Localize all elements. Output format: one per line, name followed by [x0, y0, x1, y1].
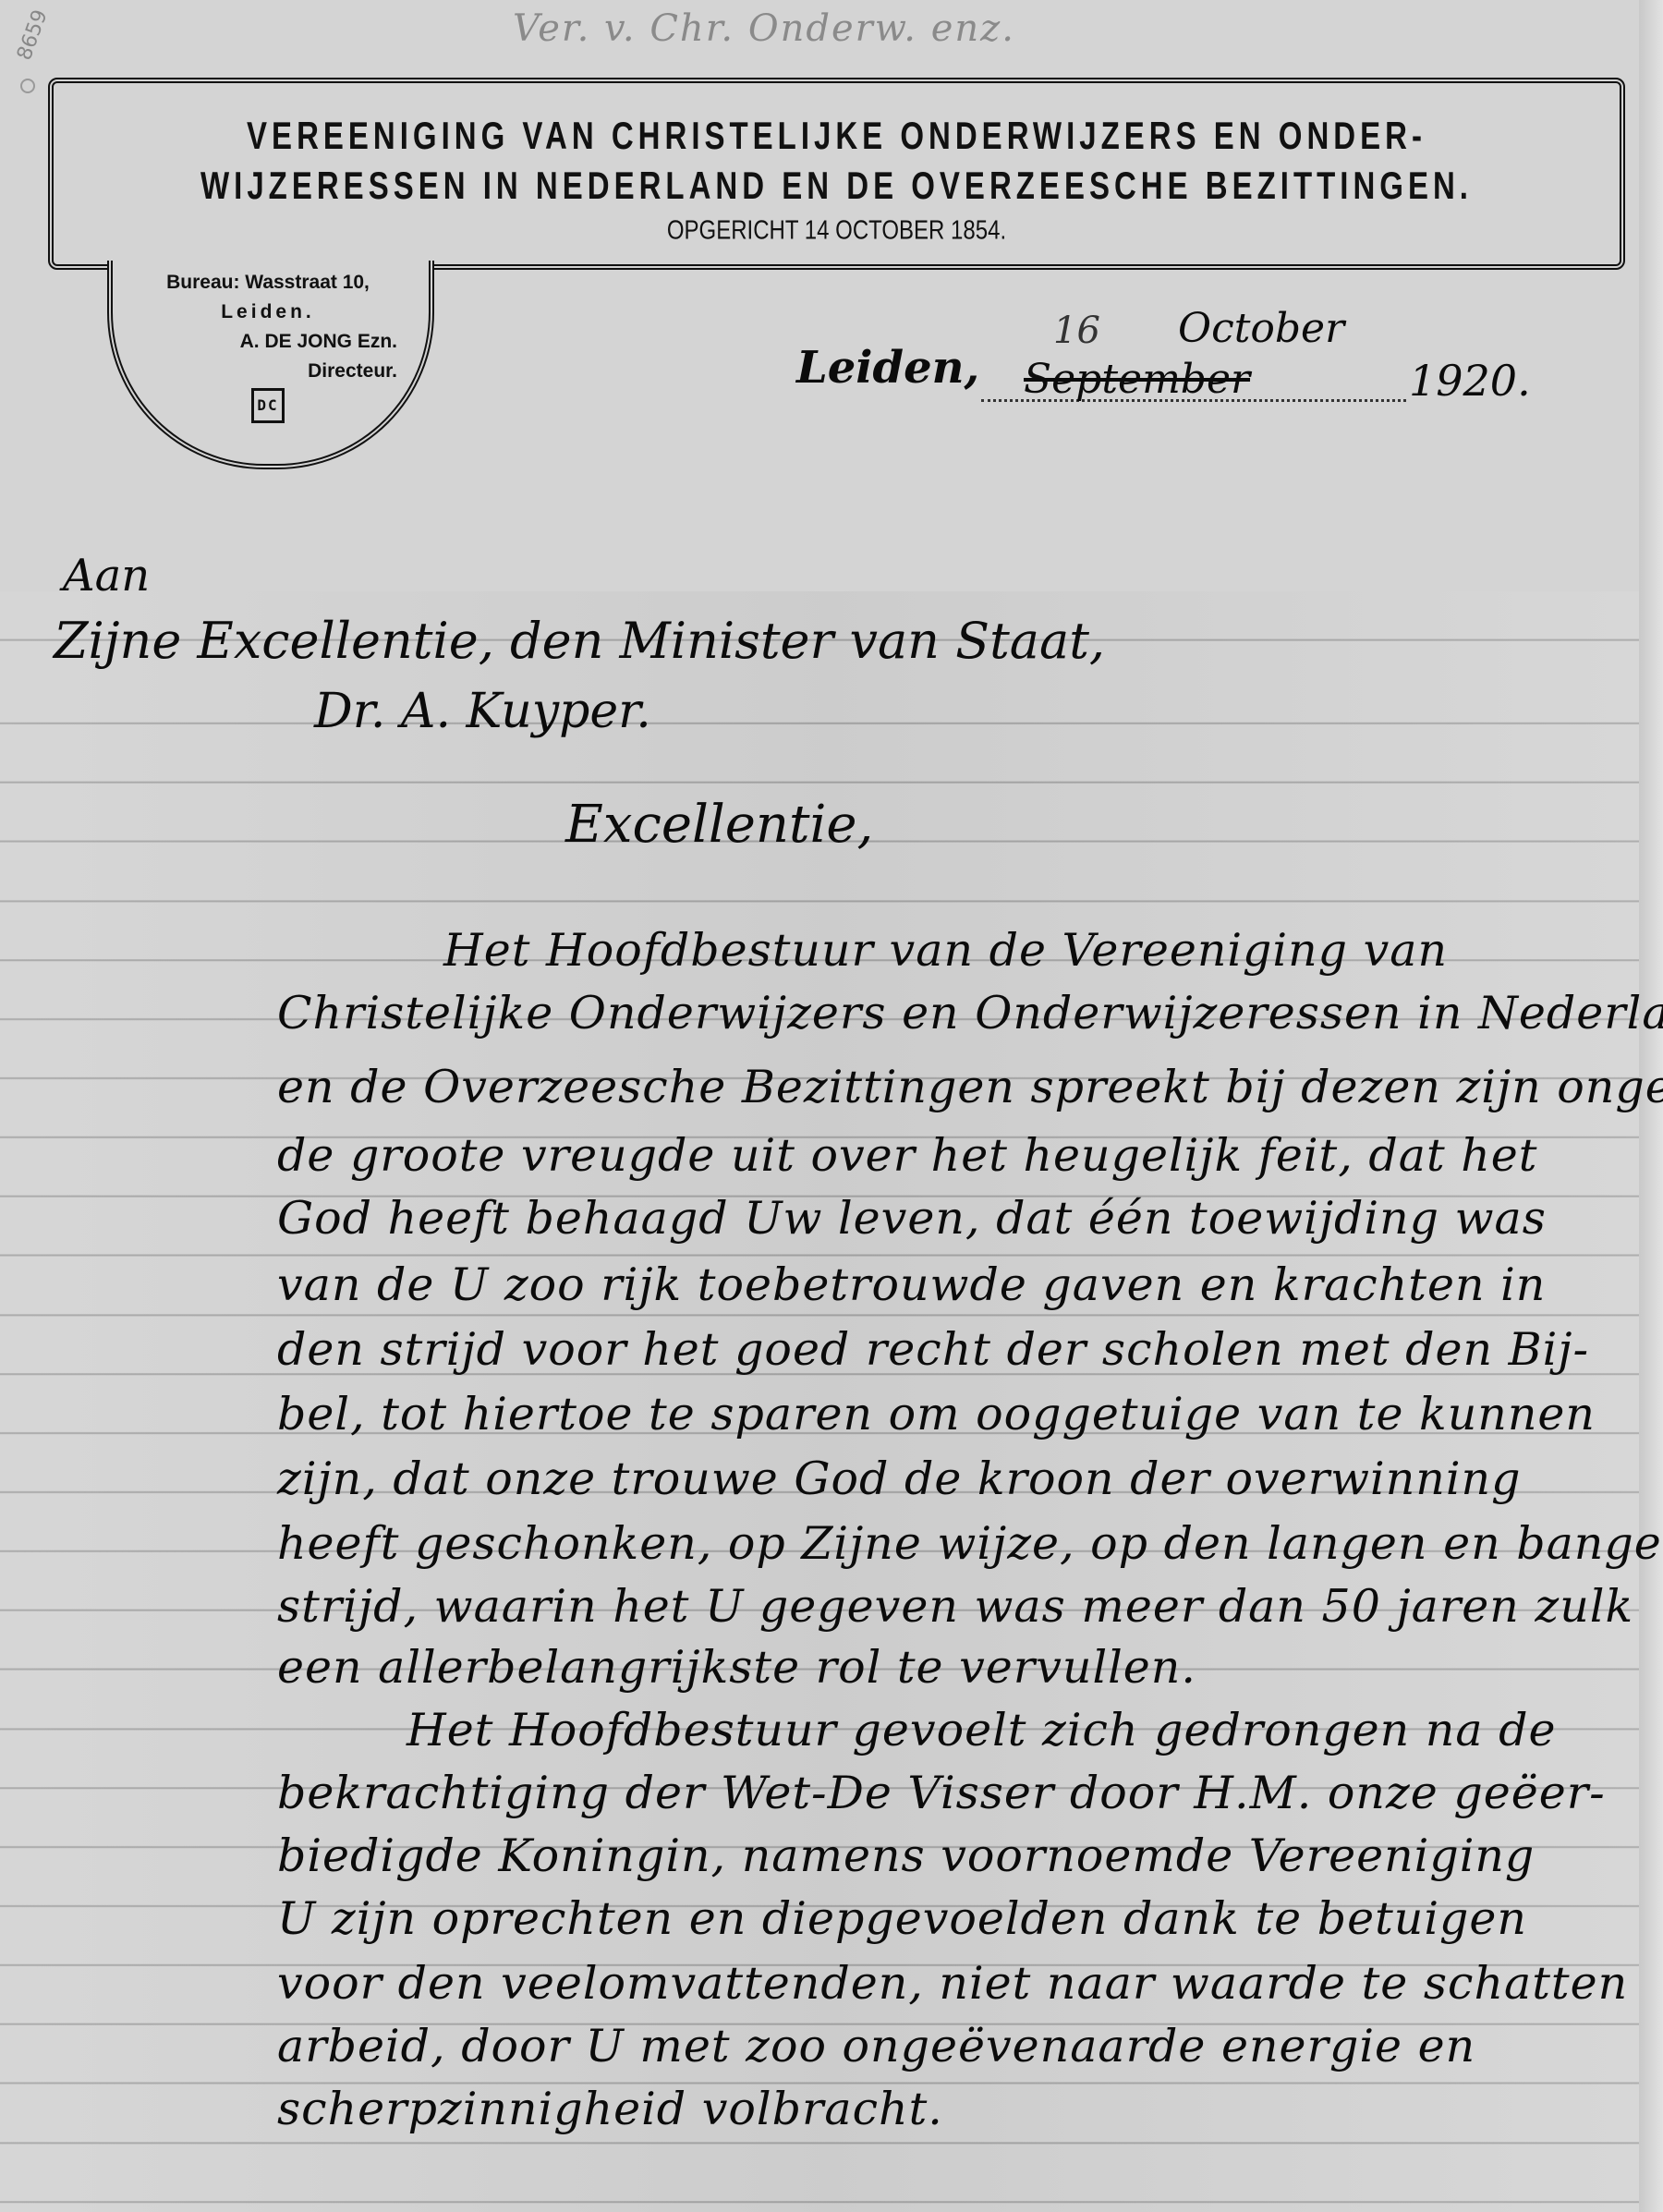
body-line: den strijd voor het goed recht der schol…	[277, 1323, 1589, 1376]
letterhead-title-line1: VEREENIGING VAN CHRISTELIJKE ONDERWIJZER…	[54, 114, 1620, 158]
body-line: U zijn oprechten en diepgevoelden dank t…	[277, 1892, 1527, 1945]
director-name: A. DE JONG Ezn.	[120, 327, 416, 357]
date-day: 16	[1053, 310, 1100, 352]
printer-mark-icon: DC	[251, 388, 284, 423]
bureau-address: Bureau: Wasstraat 10,	[120, 268, 416, 298]
body-line: een allerbelangrijkste rol te vervullen.	[277, 1641, 1196, 1694]
date-month-struck: September	[1024, 356, 1250, 403]
body-line: heeft geschonken, op Zijne wijze, op den…	[277, 1517, 1663, 1570]
bureau-city: Leiden.	[120, 298, 416, 327]
letterhead-founded: OPGERICHT 14 OCTOBER 1854.	[54, 215, 1620, 247]
address-to: Aan	[63, 550, 150, 602]
letterhead-frame: VEREENIGING VAN CHRISTELIJKE ONDERWIJZER…	[48, 78, 1625, 270]
body-line: biedigde Koningin, namens voornoemde Ver…	[277, 1829, 1535, 1882]
body-line: voor den veelomvattenden, niet naar waar…	[277, 1957, 1628, 2010]
date-place: Leiden,	[796, 342, 979, 394]
letterhead-title-line2: WIJZERESSEN IN NEDERLAND EN DE OVERZEESC…	[54, 164, 1620, 208]
body-line: Het Hoofdbestuur van de Vereeniging van	[443, 924, 1448, 977]
address-recipient-title: Zijne Excellentie, den Minister van Staa…	[54, 612, 1105, 670]
body-line: en de Overzeesche Bezittingen spreekt bi…	[277, 1061, 1663, 1113]
body-line: Het Hoofdbestuur gevoelt zich gedrongen …	[407, 1704, 1557, 1756]
body-line: bekrachtiging der Wet-De Visser door H.M…	[277, 1767, 1606, 1819]
pencil-annotation: Ver. v. Chr. Onderw. enz.	[513, 7, 1015, 50]
date-year: 1920.	[1409, 356, 1531, 406]
body-line: van de U zoo rijk toebetrouwde gaven en …	[277, 1258, 1546, 1311]
body-line: arbeid, door U met zoo ongeëvenaarde ene…	[277, 2020, 1475, 2072]
director-title: Directeur.	[120, 357, 416, 386]
body-line: Christelijke Onderwijzers en Onderwijzer…	[277, 987, 1663, 1039]
date-month-corrected: October	[1178, 305, 1344, 352]
body-line: de groote vreugde uit over het heugelijk…	[277, 1129, 1538, 1182]
bureau-block: Bureau: Wasstraat 10, Leiden. A. DE JONG…	[120, 268, 416, 423]
address-recipient-name: Dr. A. Kuyper.	[314, 684, 651, 739]
archive-mark	[20, 79, 35, 93]
body-line: strijd, waarin het U gegeven was meer da…	[277, 1580, 1633, 1633]
salutation: Excellentie,	[565, 795, 873, 855]
body-line: scherpzinnigheid volbracht.	[277, 2083, 943, 2135]
body-line: zijn, dat onze trouwe God de kroon der o…	[277, 1452, 1521, 1505]
body-line: God heeft behaagd Uw leven, dat één toew…	[277, 1192, 1547, 1245]
body-line: bel, tot hiertoe te sparen om ooggetuige…	[277, 1388, 1596, 1440]
